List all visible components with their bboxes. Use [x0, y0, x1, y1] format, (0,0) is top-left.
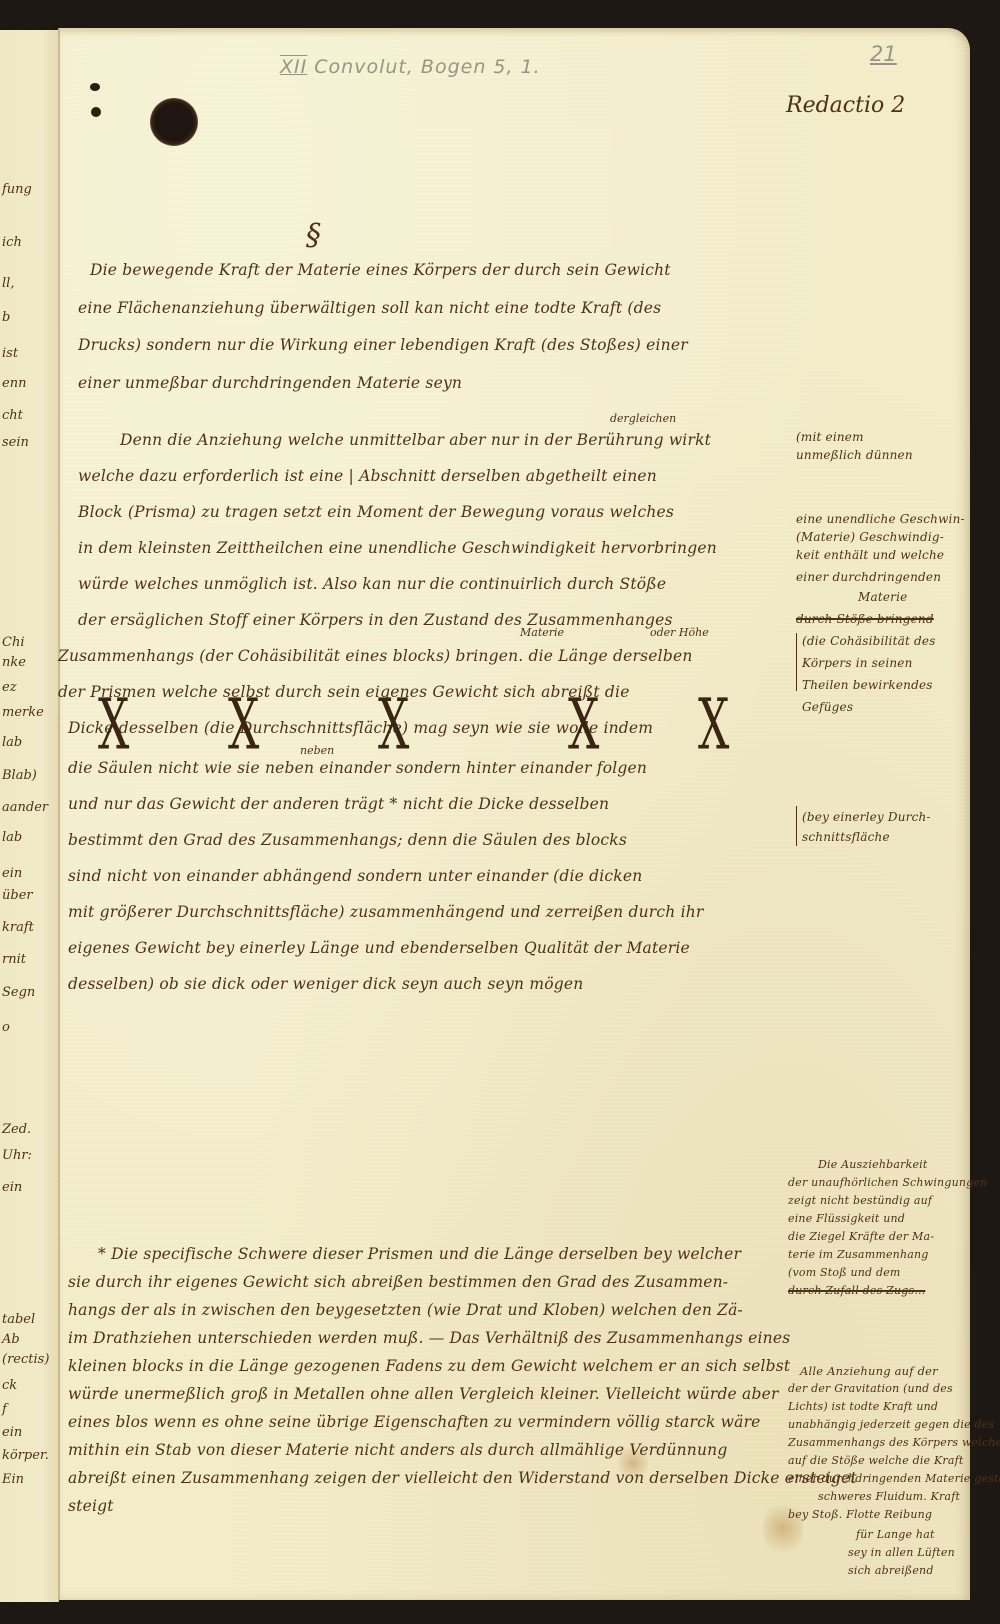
text-line: würde welches unmöglich ist. Also kan nu… — [78, 574, 666, 594]
left-fragment: ich — [2, 235, 22, 250]
manuscript-page: XII Convolut, Bogen 5, 1. 21 Redactio 2 … — [58, 28, 970, 1600]
left-fragment: (rectis) — [2, 1352, 49, 1367]
left-fragment: enn — [2, 376, 26, 391]
left-fragment: nke — [2, 655, 26, 670]
text-line: in dem kleinsten Zeittheilchen eine unen… — [78, 538, 717, 558]
text-line: Die bewegende Kraft der Materie eines Kö… — [90, 260, 671, 280]
interlinear-insertion: Materie — [520, 626, 564, 639]
left-fragment: sein — [2, 435, 29, 450]
left-fragment: Zed. — [2, 1122, 31, 1137]
redaction-label: Redactio 2 — [786, 93, 905, 118]
left-fragment: Blab) — [2, 768, 37, 783]
crossout-x-mark: X — [378, 685, 409, 767]
footnote-line: sie durch ihr eigenes Gewicht sich abrei… — [68, 1272, 728, 1292]
crossout-x-mark: X — [568, 685, 599, 767]
margin-bracket — [796, 806, 797, 846]
interlinear-insertion: neben — [300, 744, 334, 757]
text-line: desselben) ob sie dick oder weniger dick… — [68, 974, 583, 994]
text-line: einer unmeßbar durchdringenden Materie s… — [78, 373, 462, 393]
left-fragment: ein — [2, 1425, 22, 1440]
page-fold — [58, 28, 60, 1600]
ink-dot — [90, 83, 100, 91]
left-fragment: lab — [2, 830, 22, 845]
left-fragment: ist — [2, 346, 18, 361]
left-fragment: Uhr: — [2, 1148, 32, 1163]
section-mark: § — [306, 218, 321, 253]
text-line: Drucks) sondern nur die Wirkung einer le… — [78, 335, 688, 355]
left-fragment: Segn — [2, 985, 35, 1000]
text-line: mit größerer Durchschnittsfläche) zusamm… — [68, 902, 704, 922]
text-line: Dicke desselben (die Durchschnittsfläche… — [68, 718, 653, 738]
left-fragment: aander — [2, 800, 48, 815]
left-fragment: über — [2, 888, 33, 903]
footnote-line: hangs der als in zwischen den beygesetzt… — [68, 1300, 743, 1320]
struck-line: durch Zufall des Zugs... — [788, 1282, 925, 1300]
text-line: sind nicht von einander abhängend sonder… — [68, 866, 642, 886]
footnote-line: mithin ein Stab von dieser Materie nicht… — [68, 1440, 727, 1460]
footnote-line: * Die specifische Schwere dieser Prismen… — [98, 1244, 741, 1264]
struck-line: durch Stöße bringend — [796, 610, 934, 628]
interlinear-insertion: dergleichen — [610, 412, 676, 425]
left-fragment: merke — [2, 705, 44, 720]
ink-dot — [91, 107, 101, 117]
footnote-line: kleinen blocks in die Länge gezogenen Fa… — [68, 1356, 790, 1376]
text-line: Block (Prisma) zu tragen setzt ein Momen… — [78, 502, 674, 522]
left-fragment: o — [2, 1020, 10, 1035]
left-fragment: Ab — [2, 1332, 20, 1347]
text-line: Denn die Anziehung welche unmittelbar ab… — [120, 430, 711, 450]
footnote-line: würde unermeßlich groß in Metallen ohne … — [68, 1384, 779, 1404]
left-fragment: ez — [2, 680, 17, 695]
left-fragment: ein — [2, 866, 22, 881]
text-line: eigenes Gewicht bey einerley Länge und e… — [68, 938, 690, 958]
left-page-strip: fung ich ll, b ist enn cht sein Chi nke … — [0, 30, 59, 1602]
footnote-line: abreißt einen Zusammenhang zeigen der vi… — [68, 1468, 857, 1488]
left-fragment: ll, — [2, 276, 14, 291]
interlinear-insertion: oder Höhe — [650, 626, 709, 639]
crossout-x-mark: X — [98, 685, 129, 767]
left-fragment: Ein — [2, 1472, 24, 1487]
text-line: bestimmt den Grad des Zusammenhangs; den… — [68, 830, 627, 850]
text-line: die Säulen nicht wie sie neben einander … — [68, 758, 647, 778]
left-fragment: körper. — [2, 1448, 49, 1463]
footnote-line: steigt — [68, 1496, 114, 1516]
text-line: der Prismen welche selbst durch sein eig… — [58, 682, 630, 702]
burn-hole — [150, 98, 198, 146]
left-fragment: kraft — [2, 920, 34, 935]
left-fragment: f — [2, 1402, 7, 1417]
text-line: welche dazu erforderlich ist eine | Absc… — [78, 466, 657, 486]
left-fragment: b — [2, 310, 10, 325]
left-fragment: ck — [2, 1378, 17, 1393]
manuscript-scan: fung ich ll, b ist enn cht sein Chi nke … — [0, 0, 1000, 1624]
footnote-line: eines blos wenn es ohne seine übrige Eig… — [68, 1412, 761, 1432]
left-fragment: cht — [2, 408, 23, 423]
page-number: 21 — [870, 42, 897, 66]
text-line: der ersäglichen Stoff einer Körpers in d… — [78, 610, 673, 630]
footnote-line: im Drathziehen unterschieden werden muß.… — [68, 1328, 790, 1348]
text-line: Zusammenhangs (der Cohäsibilität eines b… — [58, 646, 693, 666]
left-fragment: ein — [2, 1180, 22, 1195]
left-fragment: lab — [2, 735, 22, 750]
left-fragment: rnit — [2, 952, 26, 967]
margin-bracket — [796, 633, 797, 691]
left-fragment: Chi — [2, 635, 24, 650]
text-line: eine Flächenanziehung überwältigen soll … — [78, 298, 661, 318]
archival-reference: XII Convolut, Bogen 5, 1. — [280, 56, 541, 78]
left-fragment: fung — [2, 182, 32, 197]
crossout-x-mark: X — [228, 685, 259, 767]
crossout-x-mark: X — [698, 685, 729, 767]
text-line: und nur das Gewicht der anderen trägt * … — [68, 794, 609, 814]
left-fragment: tabel — [2, 1312, 35, 1327]
